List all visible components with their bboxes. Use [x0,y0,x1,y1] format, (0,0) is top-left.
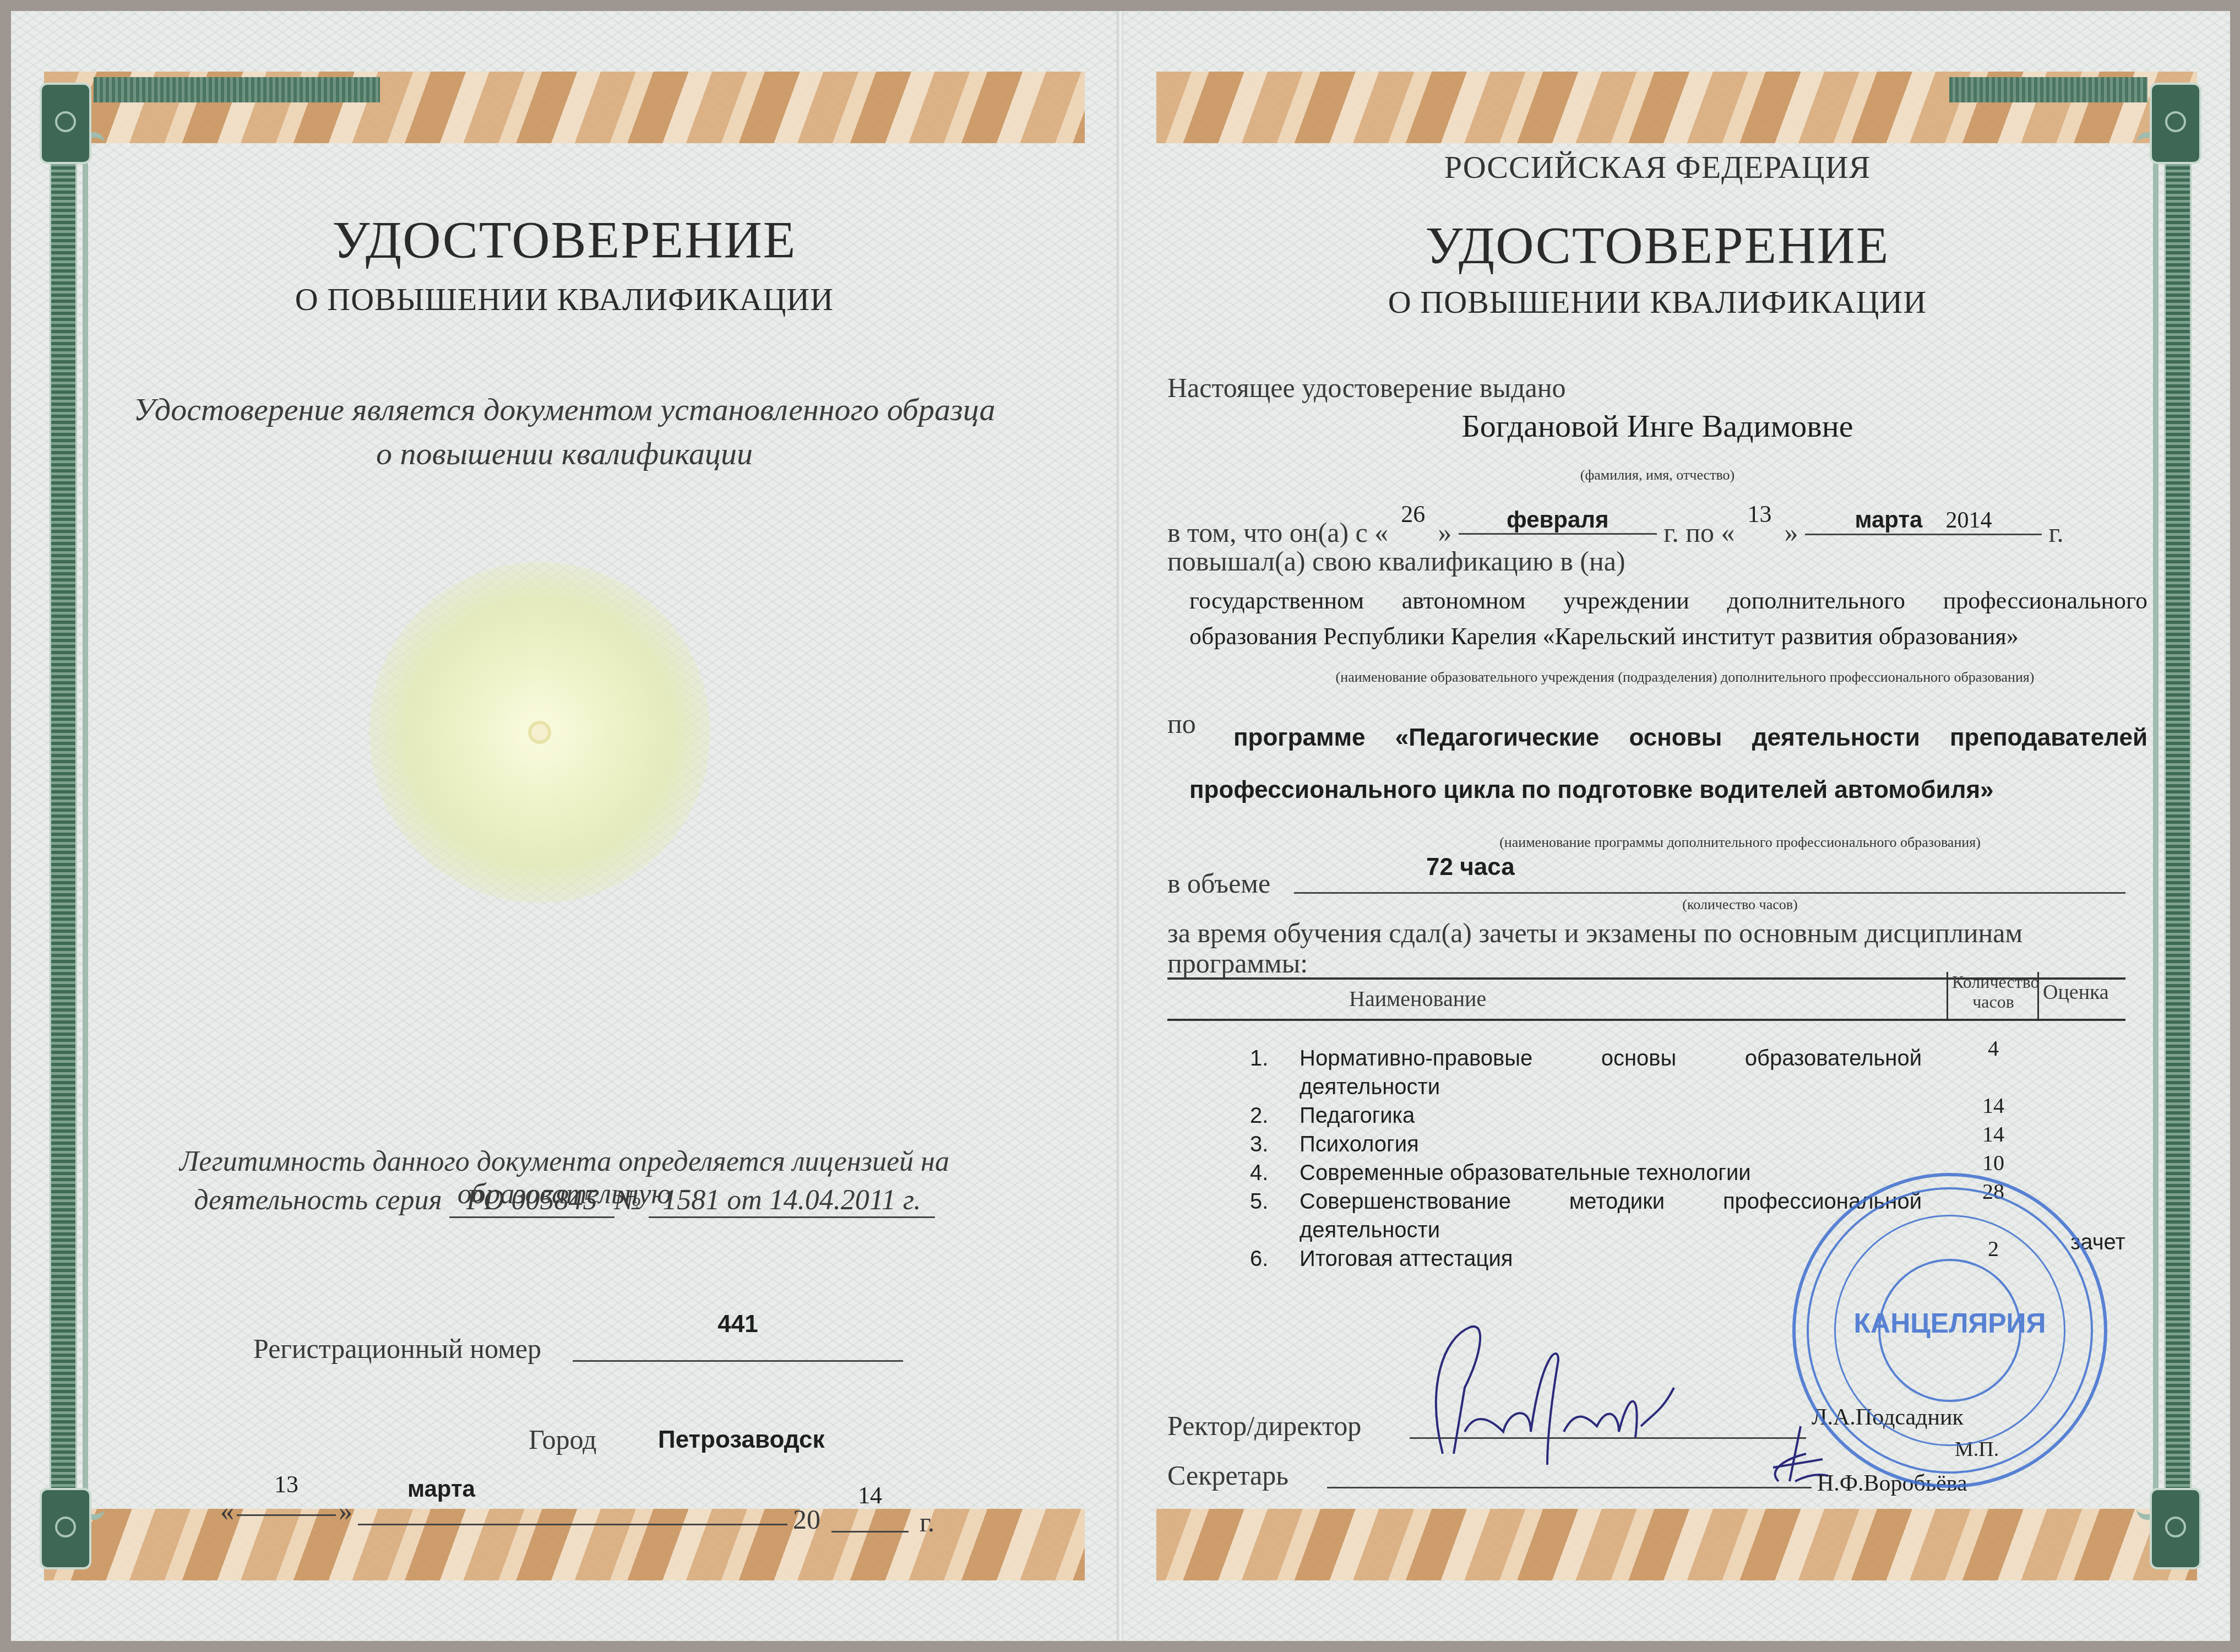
subject-name-continued: деятельности [1300,1218,1440,1243]
license-prefix: деятельность серия [194,1184,442,1216]
city-value: Петрозаводск [658,1426,825,1454]
subject-hours: 10 [1966,1150,2021,1176]
secretary-label: Секретарь [1167,1459,1288,1491]
subject-name: Нормативно-правовые основы образовательн… [1300,1046,1922,1071]
volume-value: 72 часа [1426,854,1515,881]
improved-label: повышал(а) свою квалификацию в (на) [1167,545,1625,577]
row-number: 4. [1250,1161,1268,1186]
date-close-quote: » [339,1495,352,1527]
period-end-month: марта [1855,507,1922,532]
program-caption: (наименование программы дополнительного … [1333,834,2147,851]
left-subtitle: О ПОВЫШЕНИИ КВАЛИФИКАЦИИ [121,281,1008,318]
license-line-2: деятельность серия РО 005845№ 1581 от 14… [121,1184,1008,1218]
recipient-name: Богдановой Инге Вадимовне [1167,407,2147,444]
period-prefix: в том, что он(а) с « [1167,517,1388,548]
subject-name: Психология [1300,1132,1922,1157]
rector-signature-icon [1421,1322,1707,1476]
period-start-day: 26 [1388,500,1438,528]
city-label: Город [529,1423,597,1455]
period-end-day: 13 [1735,500,1784,528]
subject-name: Совершенствование методики профессиональ… [1300,1189,1922,1214]
ornament-corner-icon [2150,1488,2201,1569]
row-number: 3. [1250,1132,1268,1157]
reg-number-label: Регистрационный номер [253,1333,541,1365]
exams-line-1: за время обучения сдал(а) зачеты и экзам… [1167,917,2022,949]
secretary-signature-line [1327,1487,1812,1488]
rector-label: Ректор/директор [1167,1410,1361,1442]
date-year-suffix: 14 [831,1481,909,1533]
date-day: 13 [237,1470,336,1516]
ornament-corner-icon [40,83,91,164]
volume-caption: (количество часов) [1333,896,2147,913]
subject-hours: 4 [1966,1035,2021,1061]
issued-to-label: Настоящее удостоверение выдано [1167,372,1566,404]
program-by-label: по [1167,708,1196,740]
row-number: 6. [1250,1247,1268,1271]
row-number: 2. [1250,1104,1268,1128]
right-page: РОССИЙСКАЯ ФЕДЕРАЦИЯ УДОСТОВЕРЕНИЕ О ПОВ… [1123,11,2230,1641]
subject-name-continued: деятельности [1300,1075,1440,1100]
date-year-unit: г. [920,1506,934,1538]
period-mid-1: » [1438,517,1451,548]
subject-hours: 14 [1966,1121,2021,1147]
volume-label: в объеме [1167,867,1270,899]
table-header-grade: Оценка [2043,980,2109,1004]
ornamental-rail-right [2164,94,2192,1558]
ornament-corner-icon [2150,83,2201,164]
subject-name: Современные образовательные технологии [1300,1161,1922,1186]
license-number-sign: № [615,1184,641,1216]
license-number: 1581 от 14.04.2011 г. [649,1184,935,1218]
table-header-hours-line1: Количество [1952,972,2035,992]
volume-field: 72 часа [1294,854,2125,894]
left-page: УДОСТОВЕРЕНИЕ О ПОВЫШЕНИИ КВАЛИФИКАЦИИ У… [11,11,1118,1641]
program-line-1: программе «Педагогические основы деятель… [1233,724,2147,752]
date-open-quote: « [220,1495,234,1527]
left-title: УДОСТОВЕРЕНИЕ [121,209,1008,270]
statement-line-2: о повышении квалификации [121,435,1008,472]
period-end-month-year: марта 2014 [1805,507,2042,535]
official-stamp: КАНЦЕЛЯРИЯ [1792,1173,2107,1488]
institution-caption: (наименование образовательного учреждени… [1222,669,2147,686]
program-line-2: профессионального цикла по подготовке во… [1189,776,1994,804]
ornamental-rail-left [50,94,77,1558]
reg-number-value: 441 [573,1311,903,1362]
subject-name: Педагогика [1300,1104,1922,1128]
period-mid-3: » [1784,517,1798,548]
license-series: РО 005845 [449,1184,615,1218]
table-header-name: Наименование [1349,986,1486,1012]
table-header-hours-line2: часов [1952,992,2035,1012]
exams-line-2: программы: [1167,947,1308,979]
right-subtitle: О ПОВЫШЕНИИ КВАЛИФИКАЦИИ [1167,284,2147,320]
table-divider [1947,972,1948,1019]
period-suffix: г. [2048,517,2063,548]
certificate-spread: УДОСТОВЕРЕНИЕ О ПОВЫШЕНИИ КВАЛИФИКАЦИИ У… [11,11,2230,1641]
study-period-line: в том, что он(а) с «26» февраля г. по «1… [1167,507,2064,548]
ornamental-vine-left [83,132,105,1520]
date-month: марта [358,1476,787,1525]
period-end-year: 2014 [1945,508,1992,533]
statement-line-1: Удостоверение является документом устано… [121,391,1008,428]
name-caption: (фамилия, имя, отчество) [1167,467,2147,483]
stamp-label: КАНЦЕЛЯРИЯ [1796,1307,2104,1339]
date-year-prefix: 20 [793,1503,820,1535]
row-number: 1. [1250,1046,1268,1071]
country-heading: РОССИЙСКАЯ ФЕДЕРАЦИЯ [1167,149,2147,186]
table-header-hours: Количество часов [1952,972,2035,1012]
subject-hours: 14 [1966,1093,2021,1118]
row-number: 5. [1250,1189,1268,1214]
institution-line-1: государственном автономном учреждении до… [1189,586,2147,615]
table-header-rule [1167,1019,2125,1021]
institution-line-2: образования Республики Карелия «Карельск… [1189,622,2019,650]
period-mid-2: г. по « [1663,517,1735,548]
ornament-corner-icon [40,1488,91,1569]
right-title: УДОСТОВЕРЕНИЕ [1167,215,2147,276]
period-start-month: февраля [1459,507,1657,535]
